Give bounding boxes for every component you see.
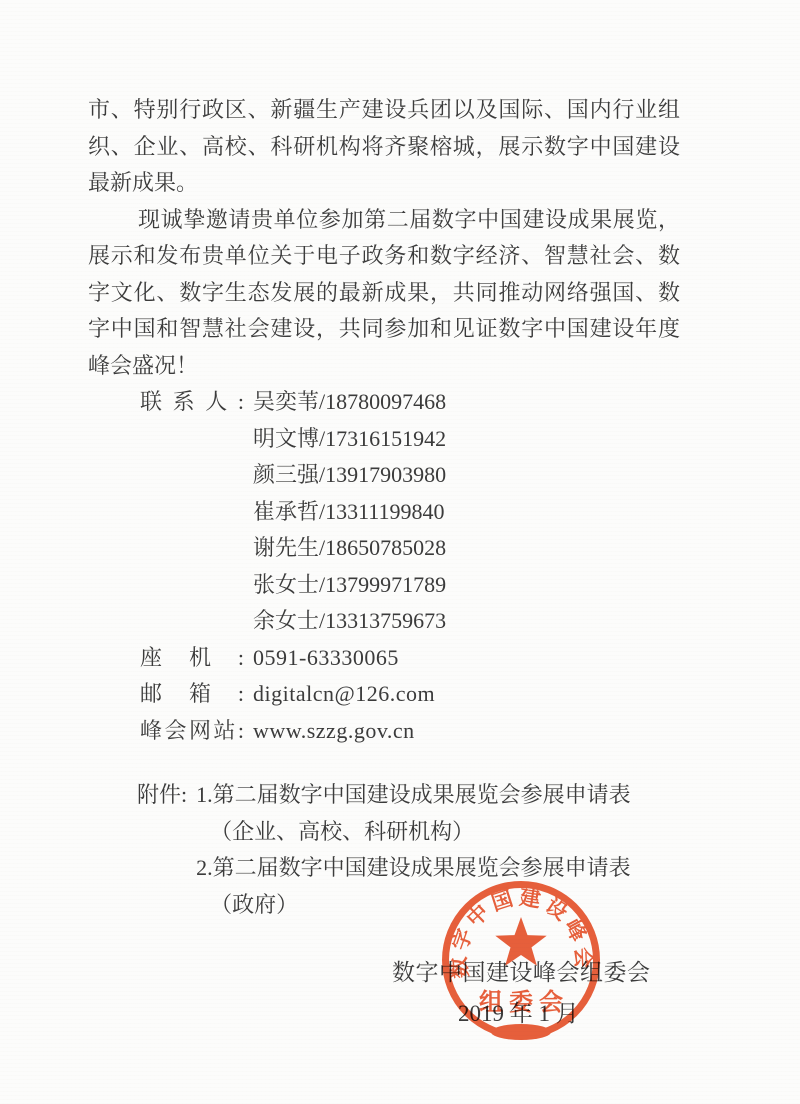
paragraph-overview: 市、特别行政区、新疆生产建设兵团以及国际、国内行业组织、企业、高校、科研机构将齐… xyxy=(88,92,680,202)
label-char: 联 xyxy=(140,384,162,640)
landline-number: 0591-63330065 xyxy=(253,640,399,677)
text-line: 最新成果。 xyxy=(88,165,680,202)
website-url: www.szzg.gov.cn xyxy=(253,713,415,750)
website-row: 峰会网站: www.szzg.gov.cn xyxy=(88,713,680,750)
seal-center-text: 组委会 xyxy=(479,988,569,1016)
contact-persons-list: 吴奕苇/18780097468明文博/17316151942颜三强/139179… xyxy=(253,384,680,640)
label-char: 系 xyxy=(173,384,195,640)
text-line: 织、企业、高校、科研机构将齐聚榕城，展示数字中国建设 xyxy=(88,129,680,166)
label-char: 网 xyxy=(189,713,211,750)
attachment-item-1-scope: （企业、高校、科研机构） xyxy=(196,814,680,851)
label-char: 机 xyxy=(189,640,211,677)
label-char: 座 xyxy=(140,640,162,677)
email-address: digitalcn@126.com xyxy=(253,676,435,713)
text-line: 张女士/13799971789 xyxy=(253,567,680,604)
text-line: 峰会盛况！ xyxy=(88,348,680,385)
text-line: 字中国和智慧社会建设，共同参加和见证数字中国建设年度 xyxy=(88,311,680,348)
text-line: 现诚挚邀请贵单位参加第二届数字中国建设成果展览， xyxy=(88,202,680,239)
star-icon xyxy=(495,917,546,966)
text-line: 展示和发布贵单位关于电子政务和数字经济、智慧社会、数 xyxy=(88,238,680,275)
label-char: 站 xyxy=(213,713,235,750)
attachments-label: 附件: xyxy=(137,777,187,923)
text-line: 颜三强/13917903980 xyxy=(253,457,680,494)
label-char: 峰 xyxy=(140,713,162,750)
text-line: 余女士/13313759673 xyxy=(253,603,680,640)
label-char: : xyxy=(238,640,244,677)
landline-row: 座机: 0591-63330065 xyxy=(88,640,680,677)
label-char: : xyxy=(238,676,244,713)
text-line: 明文博/17316151942 xyxy=(253,421,680,458)
text-line: 市、特别行政区、新疆生产建设兵团以及国际、国内行业组 xyxy=(88,92,680,129)
label-char: : xyxy=(238,384,244,640)
attachment-item-1: 1.第二届数字中国建设成果展览会参展申请表 xyxy=(196,777,680,814)
text-line: 吴奕苇/18780097468 xyxy=(253,384,680,421)
email-row: 邮箱: digitalcn@126.com xyxy=(88,676,680,713)
text-line: 崔承哲/13311199840 xyxy=(253,494,680,531)
official-seal: 数字中国建设峰会 组委会 xyxy=(437,876,605,1044)
label-char: : xyxy=(238,713,244,750)
label-char: 邮 xyxy=(140,676,162,713)
label-char: 箱 xyxy=(189,676,211,713)
document-body: 市、特别行政区、新疆生产建设兵团以及国际、国内行业组织、企业、高校、科研机构将齐… xyxy=(88,92,680,923)
scanned-letter-page: 市、特别行政区、新疆生产建设兵团以及国际、国内行业组织、企业、高校、科研机构将齐… xyxy=(0,0,800,1104)
email-label: 邮箱: xyxy=(140,676,244,713)
contact-persons-label: 联系人: xyxy=(140,384,244,640)
seal-ink-blob xyxy=(491,1024,551,1040)
paragraph-invitation: 现诚挚邀请贵单位参加第二届数字中国建设成果展览，展示和发布贵单位关于电子政务和数… xyxy=(88,202,680,385)
landline-label: 座机: xyxy=(140,640,244,677)
contact-persons-block: 联系人: 吴奕苇/18780097468明文博/17316151942颜三强/1… xyxy=(88,384,680,640)
website-label: 峰会网站: xyxy=(140,713,244,750)
label-char: 会 xyxy=(164,713,186,750)
label-char: 人 xyxy=(205,384,227,640)
text-line: 字文化、数字生态发展的最新成果，共同推动网络强国、数 xyxy=(88,275,680,312)
text-line: 谢先生/18650785028 xyxy=(253,530,680,567)
